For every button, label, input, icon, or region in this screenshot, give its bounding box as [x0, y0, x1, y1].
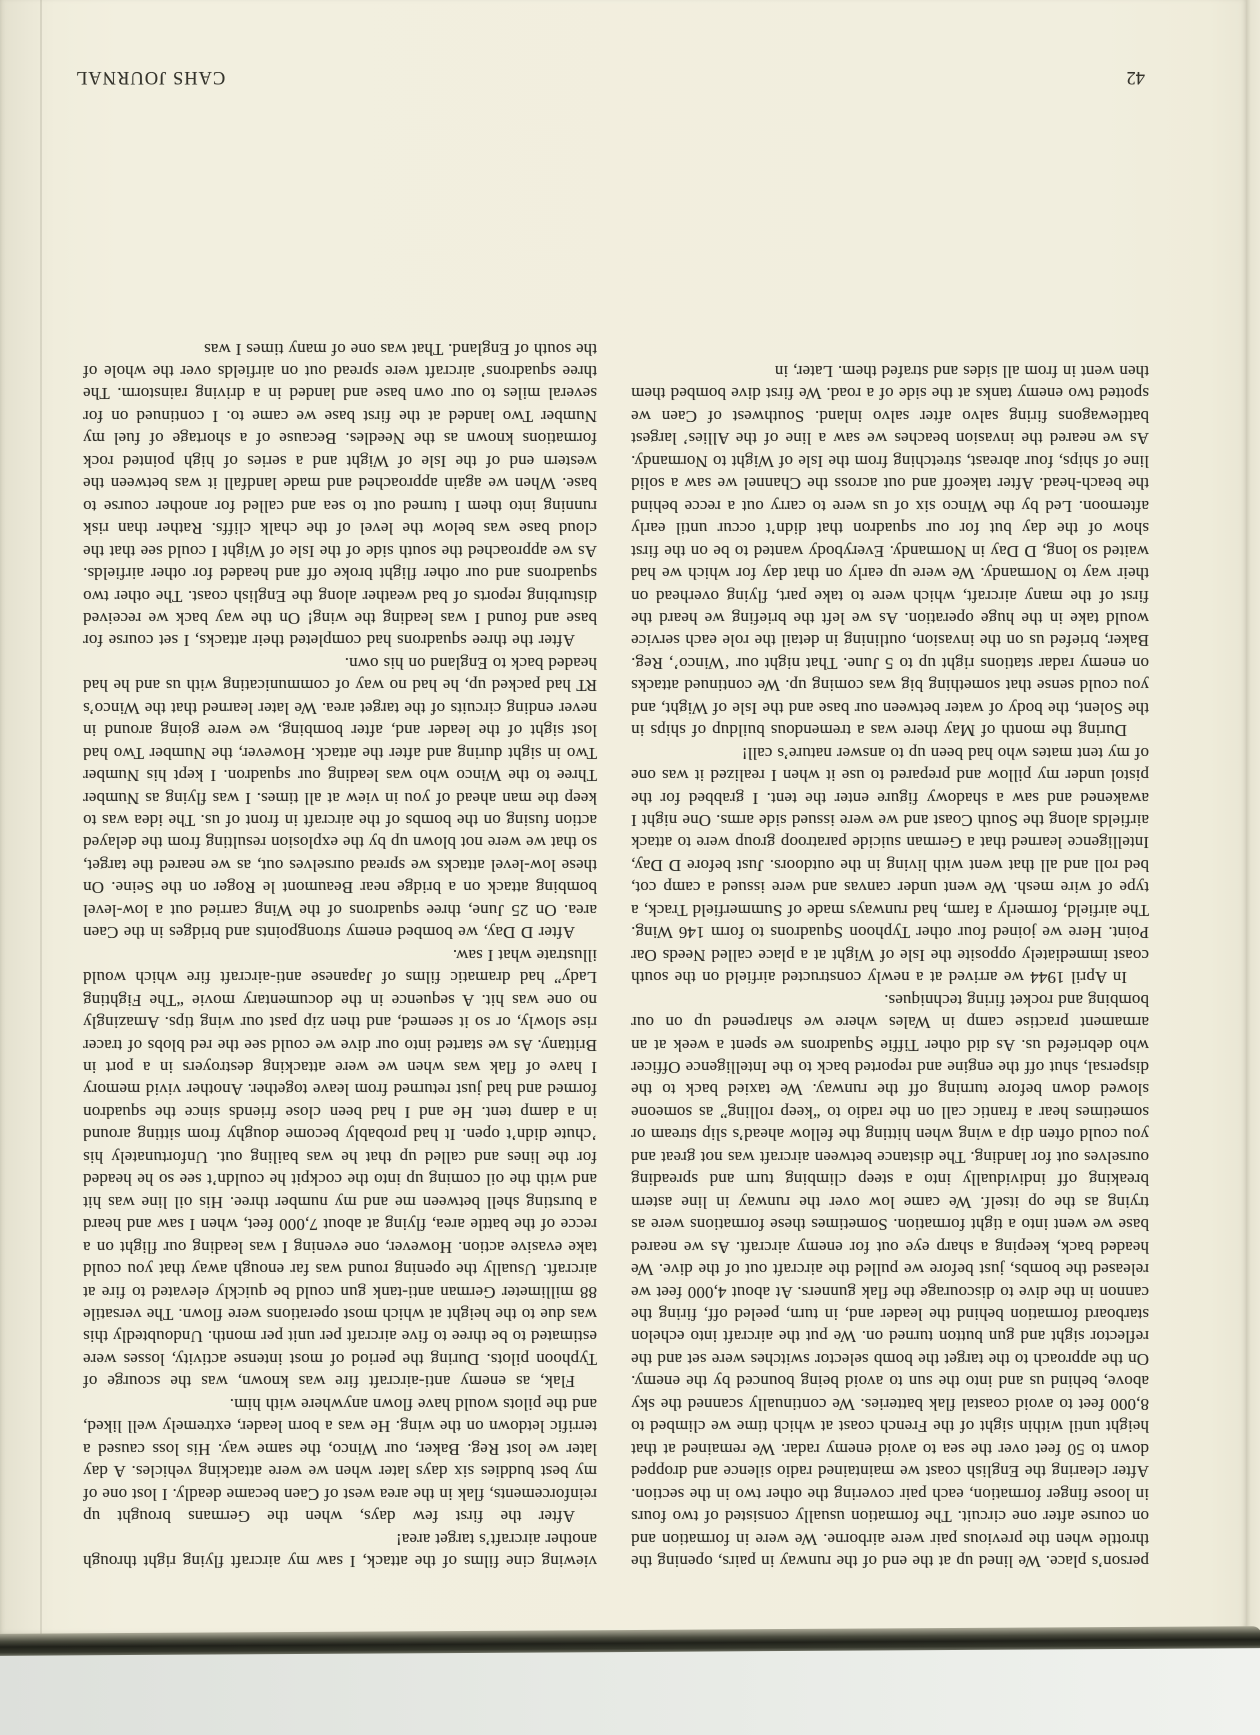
page-content-rotated-180: person’s place. We lined up at the end o…	[0, 0, 1246, 1638]
paragraph: After the first few days, when the Germa…	[83, 1392, 597, 1527]
scanner-background: person’s place. We lined up at the end o…	[0, 0, 1260, 1735]
paragraph: person’s place. We lined up at the end o…	[631, 988, 1149, 1572]
page-number: 42	[1127, 66, 1146, 87]
page-footer: 42 CAHS JOURNAL	[75, 66, 1145, 87]
page-column-right: viewing cine films of the attack, I saw …	[83, 337, 597, 1572]
paragraph: During the month of May there was a trem…	[631, 360, 1149, 742]
paragraph: Flak, as enemy anti-aircraft fire was kn…	[83, 943, 597, 1392]
journal-title: CAHS JOURNAL	[75, 66, 225, 87]
paragraph: After the three squadrons had completed …	[83, 337, 597, 651]
journal-page: person’s place. We lined up at the end o…	[0, 0, 1246, 1638]
page-column-left: person’s place. We lined up at the end o…	[631, 360, 1149, 1572]
paragraph: In April 1944 we arrived at a newly cons…	[631, 741, 1149, 988]
paragraph: After D Day, we bombed enemy strongpoint…	[83, 651, 597, 943]
paragraph: viewing cine films of the attack, I saw …	[83, 1527, 597, 1572]
page-right-edge	[1246, 0, 1260, 1632]
